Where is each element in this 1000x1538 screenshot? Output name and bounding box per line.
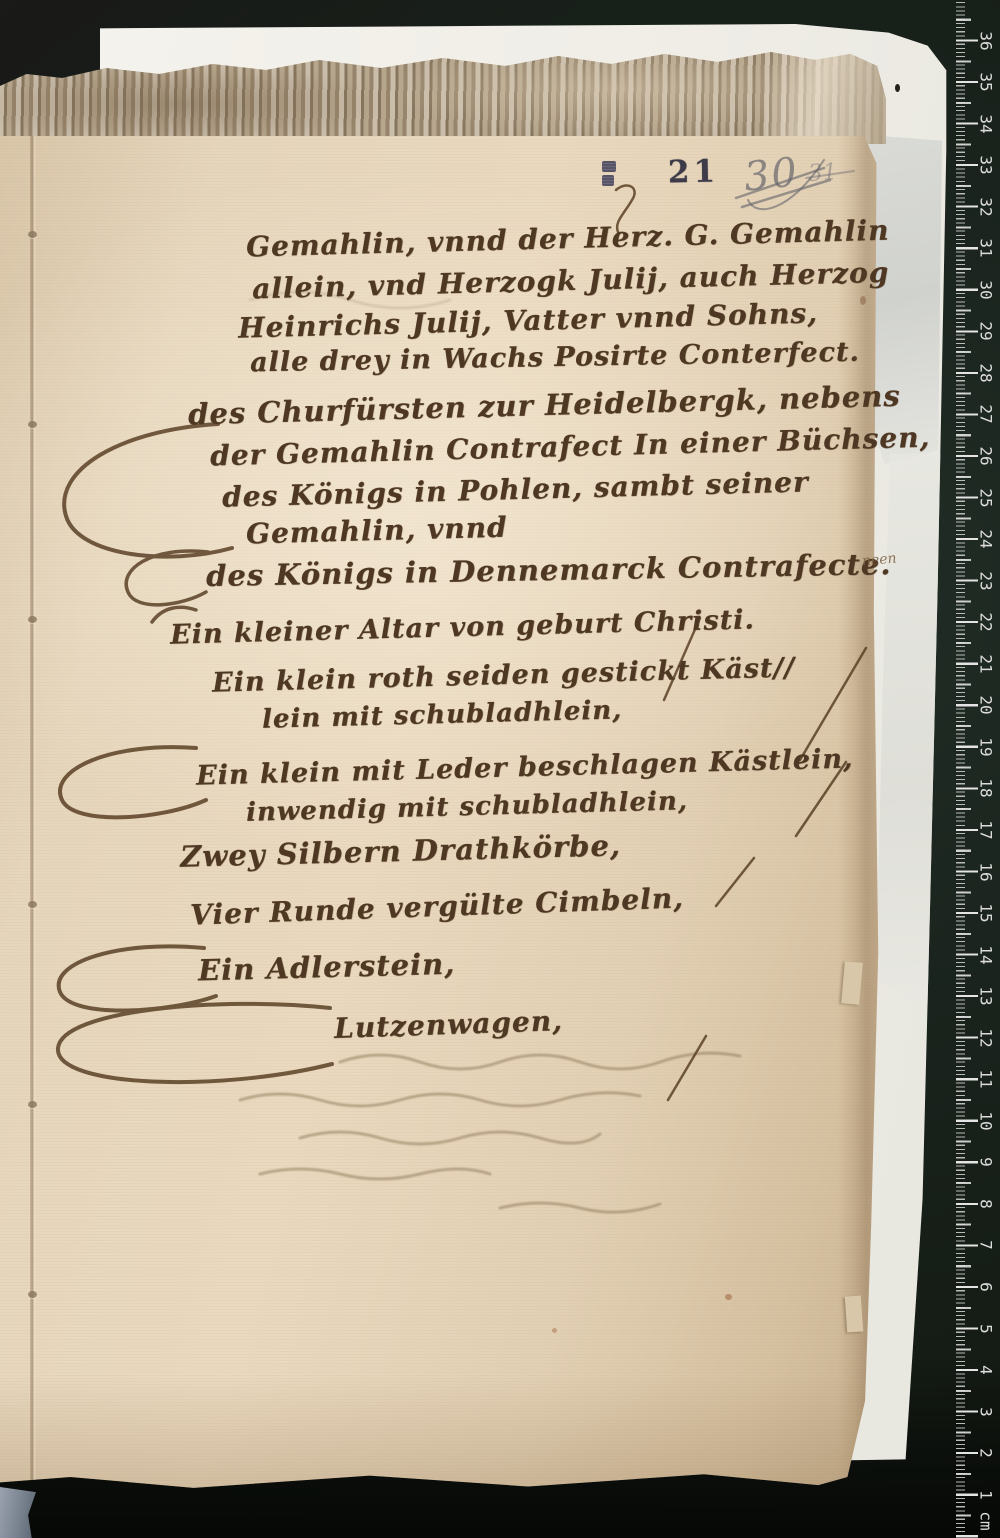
ruler-number: 36	[977, 31, 996, 50]
ruler-number: 16	[977, 862, 996, 881]
ruler-number: 6	[977, 1282, 996, 1292]
ruler-number: 35	[977, 72, 996, 91]
ruler-number: 18	[977, 779, 996, 798]
backing-sheet-ink-note: neen	[861, 551, 897, 570]
ruler-number: 17	[977, 820, 996, 839]
ruler-number: 15	[977, 903, 996, 922]
dog-eared-corner	[845, 1295, 863, 1332]
ruler-number: 29	[977, 322, 996, 341]
ruler-number: 19	[977, 737, 996, 756]
ruler-number: 12	[977, 1028, 996, 1047]
ruler-number: 8	[977, 1199, 996, 1209]
ruler-number: 14	[977, 945, 996, 964]
ruler-number: 22	[977, 613, 996, 632]
ruler-number: 7	[977, 1241, 996, 1251]
ruler-number: 28	[977, 363, 996, 382]
ink-spot	[895, 84, 900, 92]
ruler-number: 24	[977, 529, 996, 548]
ruler-unit-label: cm	[977, 1511, 996, 1530]
ruler-number: 9	[977, 1158, 996, 1168]
ruler-number: 31	[977, 239, 996, 258]
ruler-number: 33	[977, 156, 996, 175]
ruler-number: 2	[977, 1448, 996, 1458]
ruler-centimeter-ticks	[956, 0, 978, 1538]
ruler-number: 1	[977, 1490, 996, 1500]
archival-manuscript-photo: Gemahlin, vnnd der Herz. G. Gemahlinalle…	[0, 0, 1000, 1538]
ruler-number: 3	[977, 1407, 996, 1417]
dog-eared-corner	[841, 961, 863, 1004]
ruler-number: 27	[977, 405, 996, 424]
ruler-number: 34	[977, 114, 996, 133]
ruler-number: 23	[977, 571, 996, 590]
ruler-number: 20	[977, 696, 996, 715]
ruler-number: 10	[977, 1111, 996, 1130]
ruler-number: 5	[977, 1324, 996, 1334]
ruler-number: 26	[977, 446, 996, 465]
ruler-number: 32	[977, 197, 996, 216]
ruler-number: 11	[977, 1070, 996, 1089]
ruler-number: 13	[977, 987, 996, 1006]
ruler-number: 21	[977, 654, 996, 673]
ruler-number: 25	[977, 488, 996, 507]
ruler-number: 4	[977, 1365, 996, 1375]
ruler-number: 30	[977, 280, 996, 299]
